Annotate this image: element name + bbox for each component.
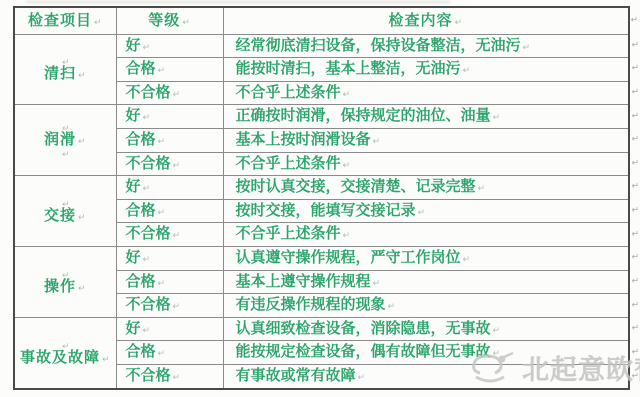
content-cell: 经常彻底清扫设备，保持设备整洁，无油污↵↵	[223, 34, 629, 58]
grade-cell: 不合格↵	[116, 81, 223, 105]
row-end-mark: ↵	[631, 158, 639, 168]
paragraph-mark: ↵	[493, 348, 501, 358]
content-cell: 能按时清扫，基本上整洁，无油污↵↵	[223, 58, 629, 82]
grade-label: 合格	[126, 131, 156, 148]
category-label: 交接	[44, 207, 76, 224]
paragraph-mark: ↵	[158, 136, 166, 146]
paragraph-mark: ↵	[158, 65, 166, 75]
grade-label: 好	[126, 249, 141, 266]
paragraph-mark: ↵	[493, 325, 501, 335]
content-cell: 按时认真交接，交接清楚、记录完整↵↵	[223, 176, 629, 200]
grade-cell: 好↵	[116, 105, 223, 129]
category-label: 操作	[44, 278, 76, 295]
grade-cell: 合格↵	[116, 270, 223, 294]
row-end-mark: ↵	[631, 88, 639, 98]
grade-cell: 合格↵	[116, 341, 223, 365]
paragraph-mark: ↵	[143, 183, 151, 193]
content-text: 经常彻底清扫设备，保持设备整洁，无油污	[236, 37, 521, 54]
paragraph-mark: ↵	[373, 278, 381, 288]
header-check-item: 检查项目↵	[14, 7, 116, 34]
content-cell: 认真细致检查设备，消除隐患，无事故↵↵	[223, 317, 629, 341]
content-cell: 不合乎上述条件↵↵	[223, 152, 629, 176]
paragraph-mark: ↵	[62, 149, 71, 159]
header-label: 检查项目	[28, 12, 92, 29]
paragraph-mark: ↵	[463, 65, 471, 75]
paragraph-mark: ↵	[173, 301, 181, 311]
paragraph-mark: ↵	[78, 70, 87, 80]
paragraph-mark: ↵	[173, 230, 181, 240]
row-end-mark: ↵	[631, 253, 639, 263]
header-label: 检查内容	[388, 12, 452, 29]
header-check-content: 检查内容↵↵	[223, 7, 629, 34]
table-row: ↵ 操作↵ 好↵ 认真遵守操作规程，严守工作岗位↵↵	[14, 246, 629, 270]
content-cell: 能按规定检查设备，偶有故障但无事故↵↵	[223, 341, 629, 365]
content-text: 有违反操作规程的现象	[236, 296, 386, 313]
row-end-mark: ↵	[631, 324, 639, 334]
paragraph-mark: ↵	[343, 160, 351, 170]
row-end-mark: ↵	[631, 300, 639, 310]
row-end-mark: ↵	[631, 347, 639, 357]
content-cell: 不合乎上述条件↵↵	[223, 81, 629, 105]
grade-label: 不合格	[126, 155, 171, 172]
content-text: 不合乎上述条件	[236, 155, 341, 172]
row-end-mark: ↵	[631, 206, 639, 216]
paragraph-mark: ↵	[343, 230, 351, 240]
grade-label: 合格	[126, 60, 156, 77]
content-cell: 正确按时润滑，保持规定的油位、油量↵↵	[223, 105, 629, 129]
paragraph-mark: ↵	[343, 89, 351, 99]
category-label: 润滑	[44, 131, 76, 148]
paragraph-mark: ↵	[158, 278, 166, 288]
paragraph-mark: ↵	[102, 354, 111, 364]
row-end-mark: ↵	[631, 182, 639, 192]
grade-label: 不合格	[126, 84, 171, 101]
grade-cell: 不合格↵	[116, 365, 223, 389]
paragraph-mark: ↵	[373, 136, 381, 146]
content-text: 不合乎上述条件	[236, 225, 341, 242]
content-cell: 基本上按时润滑设备↵↵	[223, 128, 629, 152]
category-cell: ↵ 清扫↵	[14, 34, 116, 105]
grade-cell: 合格↵	[116, 58, 223, 82]
paragraph-mark: ↵	[94, 17, 103, 27]
row-end-mark: ↵	[631, 111, 639, 121]
category-cell: ↵ 操作↵	[14, 246, 116, 317]
table-row: ↵ 清扫↵ 好↵ 经常彻底清扫设备，保持设备整洁，无油污↵↵	[14, 34, 629, 58]
content-cell: 不合乎上述条件↵↵	[223, 223, 629, 247]
paragraph-mark: ↵	[454, 17, 463, 27]
grade-label: 好	[126, 37, 141, 54]
category-label: 清扫	[44, 65, 76, 82]
paragraph-mark: ↵	[388, 301, 396, 311]
content-text: 基本上按时润滑设备	[236, 131, 371, 148]
grade-cell: 好↵	[116, 317, 223, 341]
content-text: 能按规定检查设备，偶有故障但无事故	[236, 343, 491, 360]
table-row: ↵ 交接↵ 好↵ 按时认真交接，交接清楚、记录完整↵↵	[14, 176, 629, 200]
grade-label: 好	[126, 178, 141, 195]
paragraph-mark: ↵	[493, 112, 501, 122]
paragraph-mark: ↵	[523, 42, 531, 52]
grade-label: 不合格	[126, 296, 171, 313]
grade-cell: 不合格↵	[116, 223, 223, 247]
row-end-mark: ↵	[631, 64, 639, 74]
row-end-mark: ↵	[631, 371, 639, 381]
grade-label: 合格	[126, 202, 156, 219]
content-text: 有事故或常有故障	[236, 367, 356, 384]
grade-label: 好	[126, 107, 141, 124]
inspection-table: 检查项目↵ 等级↵ 检查内容↵↵ ↵ 清扫↵ 好↵ 经常彻底清扫设备，保持设备整…	[13, 6, 630, 390]
category-cell: ↵ 交接↵	[14, 176, 116, 247]
grade-cell: 合格↵	[116, 199, 223, 223]
paragraph-mark: ↵	[173, 160, 181, 170]
grade-label: 不合格	[126, 225, 171, 242]
paragraph-mark: ↵	[478, 183, 486, 193]
paragraph-mark: ↵	[143, 112, 151, 122]
content-text: 正确按时润滑，保持规定的油位、油量	[236, 107, 491, 124]
grade-cell: 不合格↵	[116, 294, 223, 318]
paragraph-mark: ↵	[78, 283, 87, 293]
content-text: 按时认真交接，交接清楚、记录完整	[236, 178, 476, 195]
row-end-mark: ↵	[631, 229, 639, 239]
content-text: 按时交接，能填写交接记录	[236, 202, 416, 219]
paragraph-mark: ↵	[78, 136, 87, 146]
content-cell: 有违反操作规程的现象↵↵	[223, 294, 629, 318]
grade-label: 好	[126, 320, 141, 337]
grade-cell: 好↵	[116, 176, 223, 200]
table-header-row: 检查项目↵ 等级↵ 检查内容↵↵	[14, 7, 629, 34]
paragraph-mark: ↵	[143, 42, 151, 52]
paragraph-mark: ↵	[182, 17, 191, 27]
content-text: 基本上遵守操作规程	[236, 273, 371, 290]
header-grade: 等级↵	[116, 7, 223, 34]
paragraph-mark: ↵	[143, 325, 151, 335]
paragraph-mark: ↵	[158, 348, 166, 358]
content-cell: 按时交接，能填写交接记录↵↵	[223, 199, 629, 223]
row-end-mark: ↵	[631, 40, 639, 50]
grade-label: 不合格	[126, 367, 171, 384]
table-row: ↵ 事故及故障↵ 好↵ 认真细致检查设备，消除隐患，无事故↵↵	[14, 317, 629, 341]
table-row: ↵ 润滑↵ ↵ 好↵ 正确按时润滑，保持规定的油位、油量↵↵	[14, 105, 629, 129]
content-text: 能按时清扫，基本上整洁，无油污	[236, 60, 461, 77]
grade-label: 合格	[126, 343, 156, 360]
category-cell: ↵ 事故及故障↵	[14, 317, 116, 389]
grade-label: 合格	[126, 273, 156, 290]
content-text: 不合乎上述条件	[236, 84, 341, 101]
paragraph-mark: ↵	[358, 372, 366, 382]
content-text: 认真细致检查设备，消除隐患，无事故	[236, 320, 491, 337]
paragraph-mark: ↵	[143, 254, 151, 264]
category-label: 事故及故障	[20, 349, 100, 366]
paragraph-mark: ↵	[78, 212, 87, 222]
grade-cell: 合格↵	[116, 128, 223, 152]
row-end-mark: ↵	[630, 15, 639, 25]
row-end-mark: ↵	[631, 135, 639, 145]
grade-cell: 不合格↵	[116, 152, 223, 176]
grade-cell: 好↵	[116, 246, 223, 270]
grade-cell: 好↵	[116, 34, 223, 58]
paragraph-mark: ↵	[418, 207, 426, 217]
paragraph-mark: ↵	[463, 254, 471, 264]
paragraph-mark: ↵	[173, 372, 181, 382]
paragraph-mark: ↵	[158, 207, 166, 217]
row-end-mark: ↵	[631, 276, 639, 286]
paragraph-mark: ↵	[173, 89, 181, 99]
content-cell: 基本上遵守操作规程↵↵	[223, 270, 629, 294]
content-text: 认真遵守操作规程，严守工作岗位	[236, 249, 461, 266]
scan-artifact-line	[26, 1, 450, 3]
header-label: 等级	[148, 12, 180, 29]
content-cell: 认真遵守操作规程，严守工作岗位↵↵	[223, 246, 629, 270]
content-cell: 有事故或常有故障↵↵	[223, 365, 629, 389]
category-cell: ↵ 润滑↵ ↵	[14, 105, 116, 176]
